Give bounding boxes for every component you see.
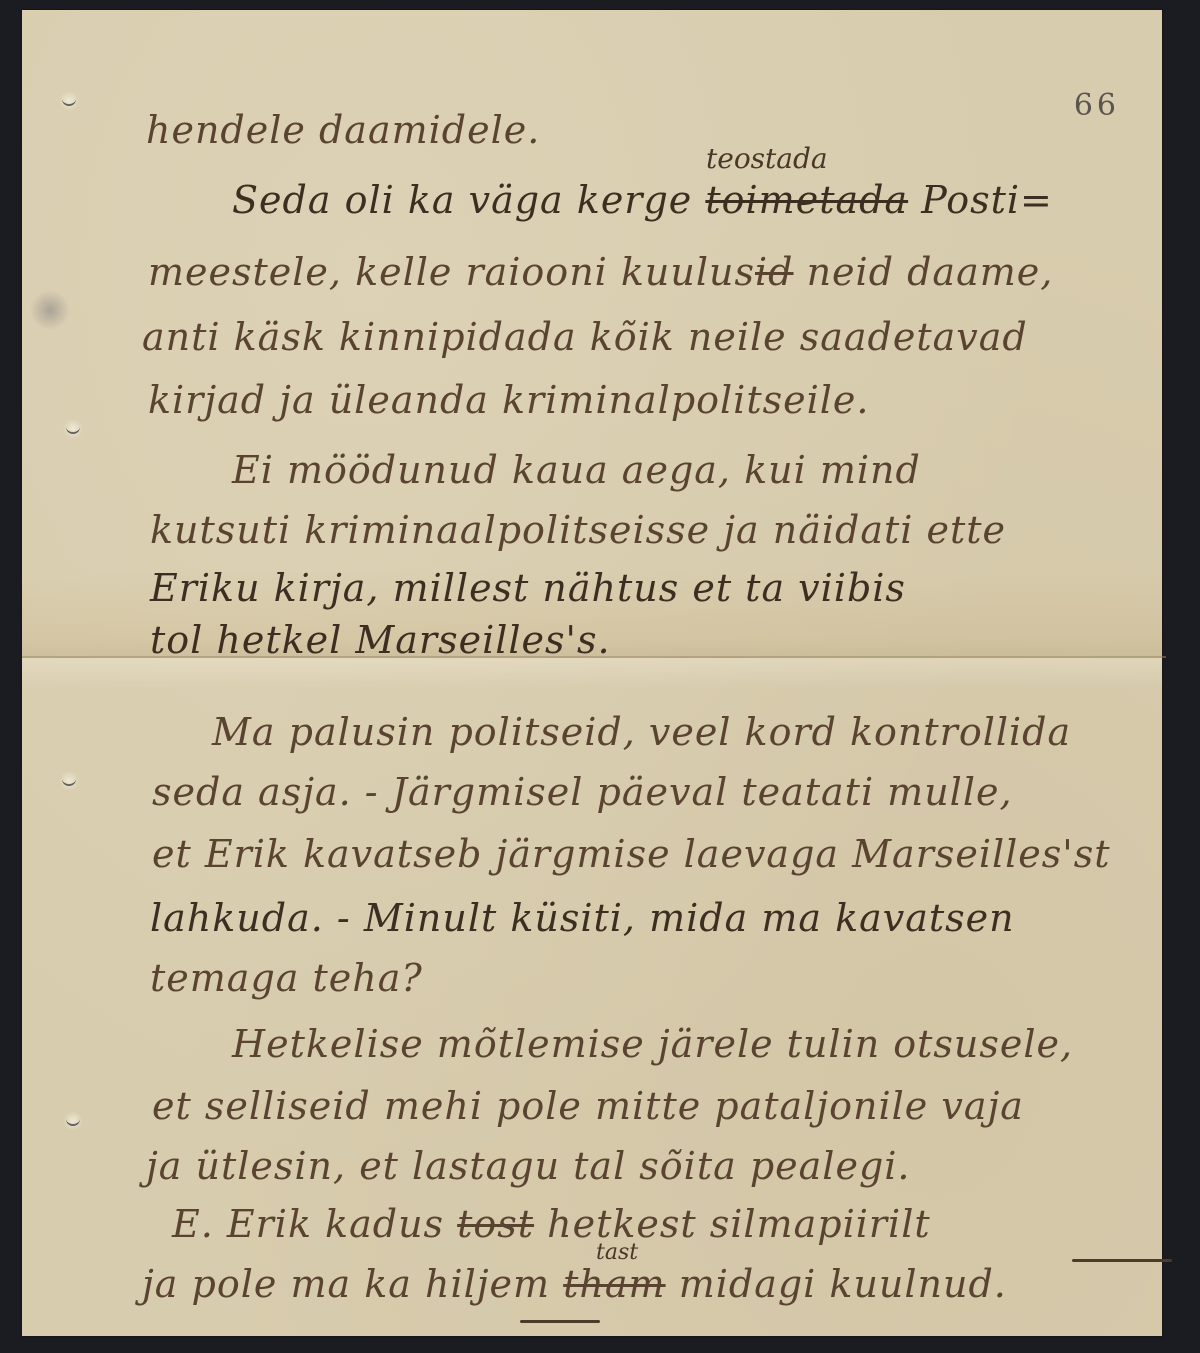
line-text: et selliseid mehi pole mitte pataljonile… <box>152 1084 1024 1128</box>
text-line: ja ütlesin, et lastagu tal sõita pealegi… <box>146 1144 911 1188</box>
text-line: hendele daamidele. <box>146 108 540 152</box>
line-end-dash <box>1072 1259 1172 1262</box>
line-text: seda asja. - Järgmisel päeval teatati mu… <box>152 770 1013 814</box>
text-line: Ei möödunud kaua aega, kui mind <box>232 448 921 492</box>
inserted-word: tast <box>596 1240 638 1265</box>
line-text: meestele, kelle raiooni kuulus <box>148 250 755 294</box>
line-text: temaga teha? <box>150 956 423 1000</box>
text-line: temaga teha? <box>150 956 423 1000</box>
text-line: meestele, kelle raiooni kuulusid neid da… <box>148 250 1053 294</box>
text-line: et Erik kavatseb järgmise laevaga Marsei… <box>152 832 1111 876</box>
line-text: Ei möödunud kaua aega, kui mind <box>232 448 921 492</box>
line-text: E. Erik kadus <box>172 1202 444 1246</box>
line-text: ja pole ma ka hiljem <box>142 1262 550 1306</box>
line-text: Hetkelise mõtlemise järele tulin otsusel… <box>232 1022 1073 1066</box>
text-line: lahkuda. - Minult küsiti, mida ma kavats… <box>150 896 1015 940</box>
text-line: Seda oli ka väga kerge toimetada Posti= <box>232 178 1053 222</box>
inserted-word: teostada <box>706 142 828 175</box>
text-line: ja pole ma ka hiljem tham midagi kuulnud… <box>142 1262 1007 1306</box>
text-line: Hetkelise mõtlemise järele tulin otsusel… <box>232 1022 1073 1066</box>
text-line: kirjad ja üleanda kriminalpolitseile. <box>148 378 869 422</box>
text-line: seda asja. - Järgmisel päeval teatati mu… <box>152 770 1013 814</box>
line-text: kutsuti kriminaalpolitseisse ja näidati … <box>150 508 1006 552</box>
text-line: tol hetkel Marseilles's. <box>150 618 611 662</box>
struck-word: tham <box>563 1262 665 1306</box>
text-line: Eriku kirja, millest nähtus et ta viibis <box>150 566 906 610</box>
line-text: Eriku kirja, millest nähtus et ta viibis <box>150 566 906 610</box>
struck-suffix: id <box>755 250 793 294</box>
struck-word: tost <box>457 1202 534 1246</box>
line-text: Posti= <box>921 178 1053 222</box>
line-text: kirjad ja üleanda kriminalpolitseile. <box>148 378 869 422</box>
line-text: tol hetkel Marseilles's. <box>150 618 611 662</box>
handwritten-text: hendele daamidele. Seda oli ka väga kerg… <box>22 10 1162 1336</box>
struck-word: toimetada <box>705 178 908 222</box>
line-text: hendele daamidele. <box>146 108 540 152</box>
line-text: ja ütlesin, et lastagu tal sõita pealegi… <box>146 1144 911 1188</box>
line-text: midagi kuulnud. <box>679 1262 1007 1306</box>
line-text: neid daame, <box>807 250 1054 294</box>
line-text: lahkuda. - Minult küsiti, mida ma kavats… <box>150 896 1015 940</box>
manuscript-page: 66 hendele daamidele. Seda oli ka väga k… <box>22 10 1162 1336</box>
line-text: et Erik kavatseb järgmise laevaga Marsei… <box>152 832 1111 876</box>
line-text: Ma palusin politseid, veel kord kontroll… <box>212 710 1071 754</box>
line-text: Seda oli ka väga kerge <box>232 178 692 222</box>
insertion-underline <box>520 1320 600 1323</box>
text-line: E. Erik kadus tost hetkest silmapiirilt <box>172 1202 931 1246</box>
text-line: et selliseid mehi pole mitte pataljonile… <box>152 1084 1024 1128</box>
text-line: anti käsk kinnipidada kõik neile saadeta… <box>142 315 1028 359</box>
text-line: kutsuti kriminaalpolitseisse ja näidati … <box>150 508 1006 552</box>
line-text: anti käsk kinnipidada kõik neile saadeta… <box>142 315 1028 359</box>
text-line: Ma palusin politseid, veel kord kontroll… <box>212 710 1071 754</box>
